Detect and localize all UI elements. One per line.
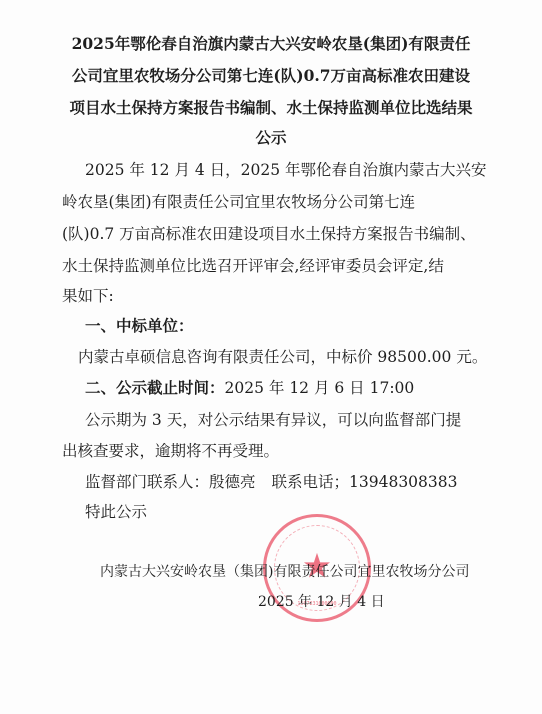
intro-line-2: 岭农垦(集团)有限责任公司宜里农牧场分公司第七连 xyxy=(62,192,415,212)
title-line-3: 项目水土保持方案报告书编制、水土保持监测单位比选结果 xyxy=(0,98,542,118)
title-line-1: 2025年鄂伦春自治旗内蒙古大兴安岭农垦(集团)有限责任 xyxy=(0,34,542,54)
closing-text: 特此公示 xyxy=(85,502,147,522)
signature-org: 内蒙古大兴安岭农垦（集团)有限责任公司宜里农牧场分公司 xyxy=(100,563,469,581)
notice-line-1: 公示期为 3 天，对公示结果有异议，可以向监督部门提 xyxy=(85,410,461,430)
contact-line: 监督部门联系人：殷德亮联系电话；13948308383 xyxy=(85,472,458,492)
section2-line: 二、公示截止时间：2025 年 12 月 6 日 17:00 xyxy=(85,378,414,398)
intro-line-4: 水土保持监测单位比选召开评审会,经评审委员会评定,结 xyxy=(62,256,444,276)
signature-date: 2025 年 12 月 4 日 xyxy=(258,593,385,611)
section2-heading: 二、公示截止时间： xyxy=(85,378,225,397)
contact-person: 监督部门联系人：殷德亮 xyxy=(85,473,256,491)
notice-line-2: 出核查要求，逾期将不再受理。 xyxy=(62,441,279,461)
intro-line-3: (队)0.7 万亩高标准农田建设项目水土保持方案报告书编制、 xyxy=(62,224,476,244)
title-line-2: 公司宜里农牧场分公司第七连(队)0.7万亩高标准农田建设 xyxy=(0,66,542,86)
title-line-4: 公示 xyxy=(0,128,542,148)
intro-line-1: 2025 年 12 月 4 日，2025 年鄂伦春自治旗内蒙古大兴安 xyxy=(85,160,487,180)
section1-heading: 一、中标单位： xyxy=(85,316,194,336)
deadline-value: 2025 年 12 月 6 日 17:00 xyxy=(225,379,415,397)
contact-phone: 联系电话；13948308383 xyxy=(272,473,458,491)
winning-bidder: 内蒙古卓硕信息咨询有限责任公司，中标价 98500.00 元。 xyxy=(78,347,487,367)
intro-line-5: 果如下: xyxy=(62,286,114,306)
